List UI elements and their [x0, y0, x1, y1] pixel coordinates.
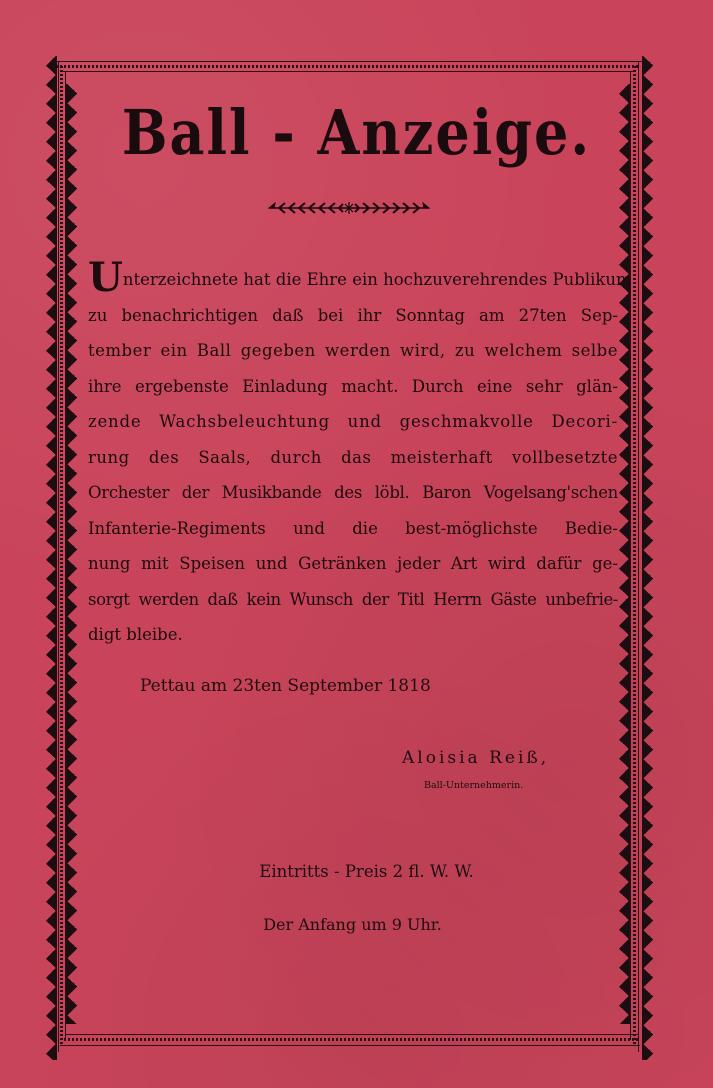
body-line: Orchester der Musikbande des löbl. Baron…: [88, 475, 618, 511]
dateline: Pettau am 23ten September 1818: [140, 676, 431, 696]
announcement-body: Unterzeichnete hat die Ehre ein hochzuve…: [88, 262, 618, 653]
start-time: Der Anfang um 9 Uhr.: [0, 915, 709, 934]
body-line: tember ein Ball gegeben werden wird, zu …: [88, 333, 618, 369]
border-zigzag-right-outer: [642, 56, 653, 1060]
border-rule: [52, 61, 644, 62]
admission-price: Eintritts - Preis 2 fl. W. W.: [10, 862, 713, 881]
border-rule: [638, 62, 639, 1052]
border-dotline: [56, 65, 640, 68]
body-line: Unterzeichnete hat die Ehre ein hochzuve…: [88, 262, 618, 298]
body-line: ihre ergebenste Einladung macht. Durch e…: [88, 369, 618, 405]
body-line: zu benachrichtigen daß bei ihr Sonntag a…: [88, 298, 618, 334]
page-title: Ball - Anzeige.: [0, 95, 713, 169]
border-dotline: [633, 66, 636, 1046]
body-line: digt bleibe.: [88, 617, 618, 653]
border-zigzag-left-inner: [66, 84, 77, 1024]
border-dotline: [60, 66, 63, 1046]
border-rule: [66, 1034, 638, 1035]
border-rule: [60, 1045, 640, 1046]
leaf-garland-ornament-icon: [265, 200, 433, 216]
body-line: sorgt werden daß kein Wunsch der Titl He…: [88, 582, 618, 618]
body-line: zende Wachsbeleuchtung und geschmakvolle…: [88, 404, 618, 440]
signature: Aloisia Reiß,: [402, 748, 549, 768]
border-zigzag-top-inner: [62, 72, 634, 83]
border-zigzag-bottom-inner: [66, 1019, 638, 1030]
body-line: Infanterie-Regiments und die best-möglic…: [88, 511, 618, 547]
signature-role: Ball-Unternehmerin.: [424, 780, 523, 791]
border-zigzag-bottom-outer: [62, 1048, 648, 1059]
body-line: rung des Saals, durch das meisterhaft vo…: [88, 440, 618, 476]
border-dotline: [64, 1038, 640, 1041]
drop-cap: U: [88, 254, 123, 301]
border-zigzag-top-outer: [44, 48, 652, 59]
border-rule: [58, 62, 59, 1052]
border-zigzag-left-outer: [46, 56, 57, 1060]
body-line: nung mit Speisen und Getränken jeder Art…: [88, 546, 618, 582]
border-zigzag-right-inner: [619, 84, 630, 1024]
border-rule: [630, 72, 631, 1040]
